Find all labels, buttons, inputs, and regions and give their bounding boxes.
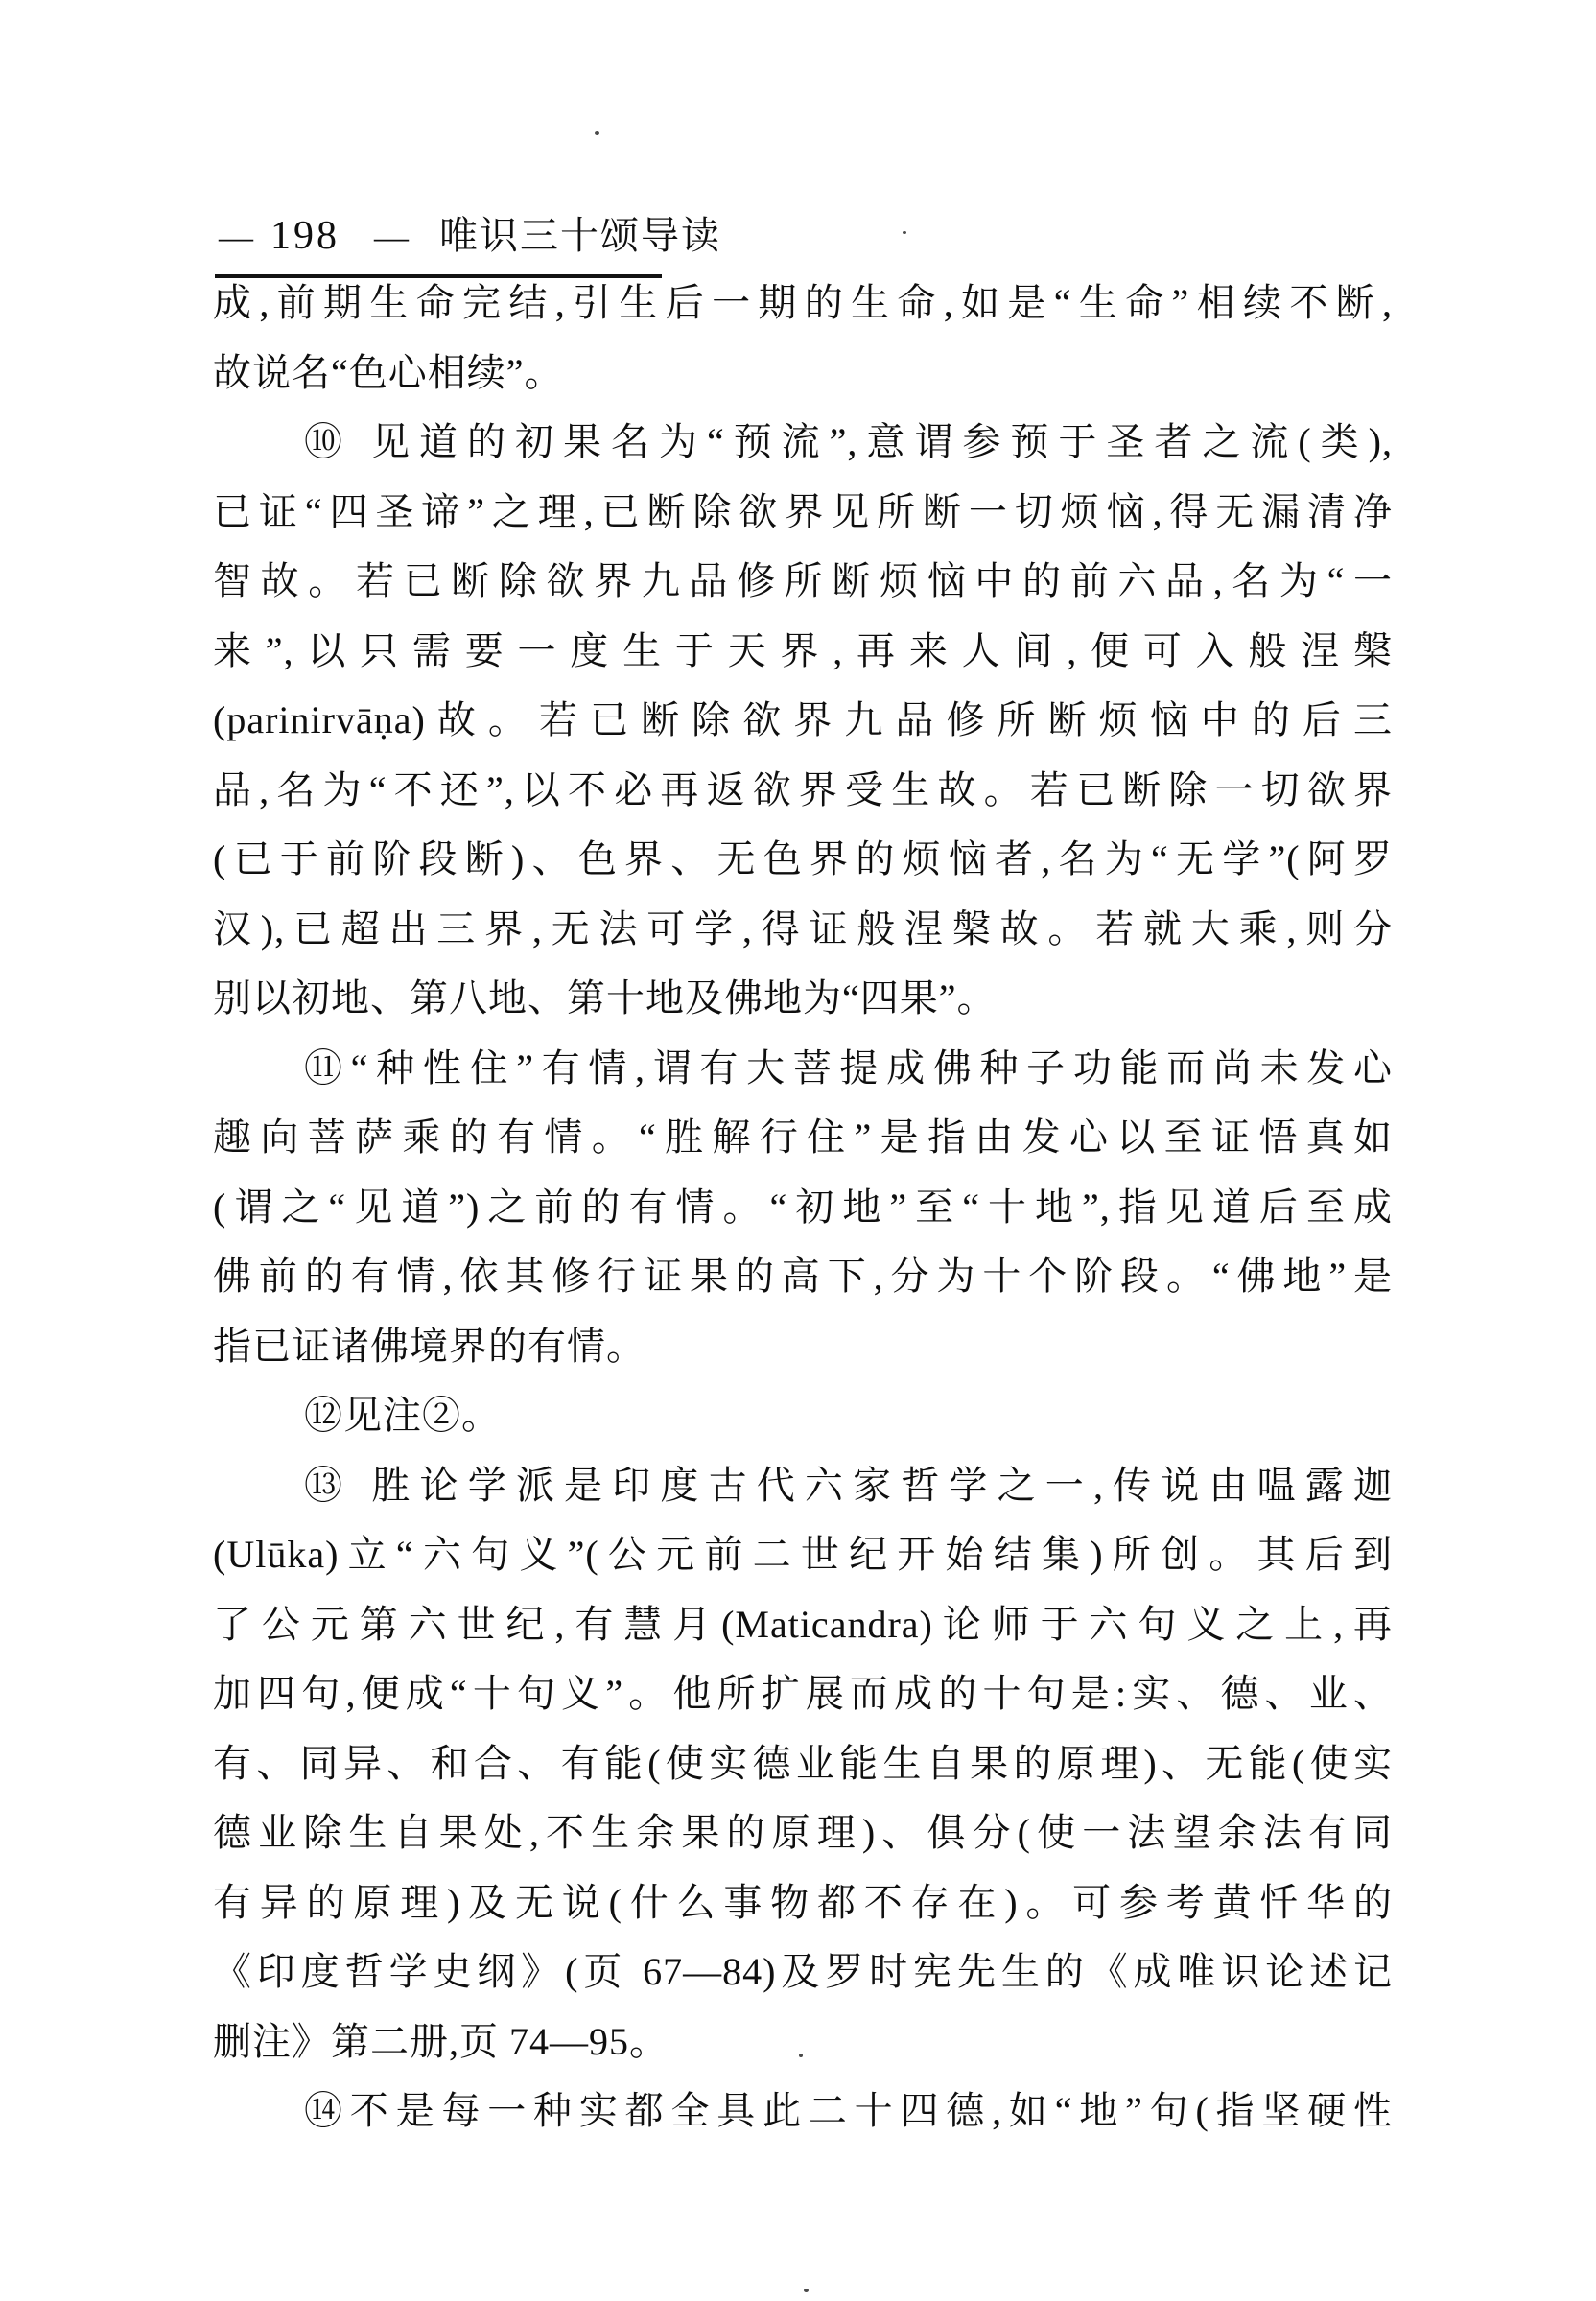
- text-line: 指已证诸佛境界的有情。: [213, 1312, 1393, 1382]
- text-line: 汉),已超出三界,无法可学,得证般涅槃故。若就大乘,则分: [213, 895, 1393, 965]
- text-line: 删注》第二册,页 74—95。: [213, 2008, 1393, 2078]
- text-line: 智故。若已断除欲界九品修所断烦恼中的前六品,名为“一: [213, 547, 1393, 617]
- scan-speck: [595, 131, 599, 135]
- text-line: 德业除生自果处,不生余果的原理)、俱分(使一法望余法有同: [213, 1798, 1393, 1868]
- text-line: (Ulūka)立“六句义”(公元前二世纪开始结集)所创。其后到: [213, 1520, 1393, 1590]
- text-line: (已于前阶段断)、色界、无色界的烦恼者,名为“无学”(阿罗: [213, 825, 1393, 895]
- text-line: 有、同异、和合、有能(使实德业能生自果的原理)、无能(使实: [213, 1729, 1393, 1799]
- text-line: 已证“四圣谛”之理,已断除欲界见所断一切烦恼,得无漏清净: [213, 478, 1393, 548]
- page-header: — 198 — 唯识三十颂导读: [219, 205, 721, 268]
- text-line: (谓之“见道”)之前的有情。“初地”至“十地”,指见道后至成: [213, 1173, 1393, 1243]
- text-line: 有异的原理)及无说(什么事物都不存在)。可参考黄忏华的: [213, 1868, 1393, 1938]
- text-line: 佛前的有情,依其修行证果的高下,分为十个阶段。“佛地”是: [213, 1242, 1393, 1312]
- header-dash-right: —: [374, 206, 409, 268]
- text-line: 成,前期生命完结,引生后一期的生命,如是“生命”相续不断,: [213, 269, 1393, 339]
- text-line: 加四句,便成“十句义”。他所扩展而成的十句是:实、德、业、: [213, 1659, 1393, 1729]
- book-page: — 198 — 唯识三十颂导读 成,前期生命完结,引生后一期的生命,如是“生命”…: [0, 0, 1596, 2301]
- header-dash-left: —: [219, 206, 253, 268]
- book-title: 唯识三十颂导读: [439, 205, 721, 267]
- page-number: 198: [270, 205, 340, 267]
- text-line: ⑪“种性住”有情,谓有大菩提成佛种子功能而尚未发心: [213, 1034, 1393, 1104]
- text-line: (parinirvāṇa)故。若已断除欲界九品修所断烦恼中的后三: [213, 686, 1393, 756]
- scan-speck: [804, 2289, 809, 2292]
- text-line: 别以初地、第八地、第十地及佛地为“四果”。: [213, 964, 1393, 1034]
- text-line: ⑬ 胜论学派是印度古代六家哲学之一,传说由嗢露迦: [213, 1451, 1393, 1521]
- text-line: ⑩ 见道的初果名为“预流”,意谓参预于圣者之流(类),: [213, 408, 1393, 478]
- text-line: 品,名为“不还”,以不必再返欲界受生故。若已断除一切欲界: [213, 756, 1393, 826]
- scan-speck: [799, 2054, 803, 2057]
- text-line: 趣向菩萨乘的有情。“胜解行住”是指由发心以至证悟真如: [213, 1103, 1393, 1173]
- text-line: 了公元第六世纪,有慧月(Maticandra)论师于六句义之上,再: [213, 1590, 1393, 1660]
- text-line: 故说名“色心相续”。: [213, 339, 1393, 409]
- scan-speck: [903, 231, 906, 234]
- text-line: ⑭不是每一种实都全具此二十四德,如“地”句(指坚硬性: [213, 2077, 1393, 2147]
- text-line: 《印度哲学史纲》(页 67—84)及罗时宪先生的《成唯识论述记: [213, 1937, 1393, 2008]
- body-text: 成,前期生命完结,引生后一期的生命,如是“生命”相续不断,故说名“色心相续”。⑩…: [213, 269, 1393, 2147]
- text-line: 来”,以只需要一度生于天界,再来人间,便可入般涅槃: [213, 617, 1393, 687]
- text-line: ⑫见注②。: [213, 1381, 1393, 1451]
